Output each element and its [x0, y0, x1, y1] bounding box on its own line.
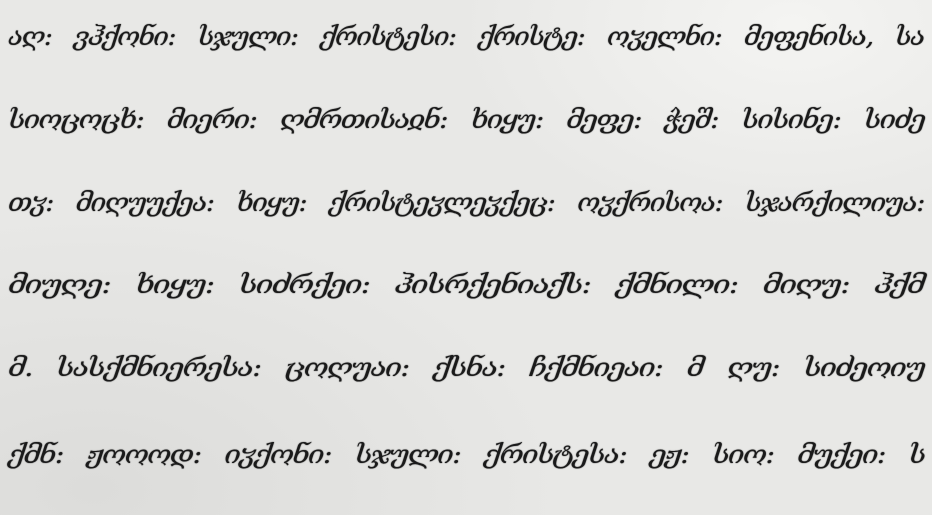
manuscript-line-5: მ. სასქმნიერესა: ცოღუაი: ქსნა: ჩქმნიეაი:…	[8, 353, 924, 382]
manuscript-line-4: მიუღე: ხიყუ: სიძრქეი: ჰისრქენიაქს: ქმნილ…	[8, 270, 924, 299]
manuscript-page: აღ: ვჰქონი: სჯული: ქრისტესი: ქრისტე: ოჳე…	[0, 0, 932, 515]
manuscript-line-3: თჳ: მიღუუქეა: ხიყუ: ქრისტეჳლეჳქეც: ოჳქრი…	[8, 188, 924, 217]
manuscript-line-6: ქმნ: ჟოოოდ: იჳქონი: სჯული: ქრისტესა: ეჟ:…	[8, 440, 925, 469]
manuscript-line-1: აღ: ვჰქონი: სჯული: ქრისტესი: ქრისტე: ოჳე…	[8, 22, 924, 51]
manuscript-line-2: სიოცოცხ: მიერი: ღმრთისაჲნ: ხიყუ: მეფე: ჭ…	[8, 105, 924, 134]
